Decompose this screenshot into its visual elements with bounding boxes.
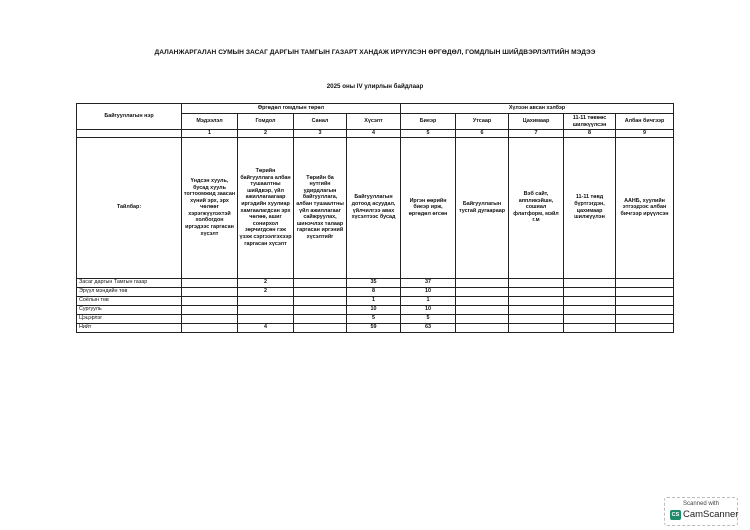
column-number: 4 [347,130,401,138]
column-header: Санал [294,114,347,130]
value-cell [456,296,509,305]
value-cell [564,314,616,323]
column-number: 6 [456,130,509,138]
value-cell [616,287,674,296]
value-cell [564,278,616,287]
value-cell: 10 [401,305,456,314]
value-cell: 5 [347,314,401,323]
column-header: 11-11 төвөөс шилжүүлсэн [564,114,616,130]
column-description: Төрийн байгууллага албан тушаалтны шийдв… [238,137,294,278]
description-label: Тайлбар: [77,137,182,278]
value-cell: 4 [238,323,294,332]
value-cell [294,296,347,305]
column-description: ААНБ, хуулийн этгээдээс албан бичгээр ир… [616,137,674,278]
value-cell [238,296,294,305]
num-cell-empty [77,130,182,138]
value-cell: 5 [401,314,456,323]
column-header: Мэдээлэл [182,114,238,130]
value-cell [294,314,347,323]
column-description: Иргэн өөрийн биеэр ирж, өргөдөл өгсөн [401,137,456,278]
watermark-caption: Scanned with [665,501,737,507]
value-cell [182,323,238,332]
value-cell: 2 [238,278,294,287]
column-description: Үндсэн хууль, бусад хууль тогтоомжид заа… [182,137,238,278]
table-row: Цэцэрлэг55 [77,314,674,323]
column-header: Гомдол [238,114,294,130]
value-cell [182,305,238,314]
value-cell [616,305,674,314]
value-cell: 10 [347,305,401,314]
value-cell [509,314,564,323]
value-cell [456,323,509,332]
document-subtitle: 2025 оны IV улирлын байдлаар [0,83,750,90]
table-row: Сургууль1010 [77,305,674,314]
org-name-cell: Цэцэрлэг [77,314,182,323]
column-header: Албан бичгээр [616,114,674,130]
value-cell [509,287,564,296]
column-description: Төрийн ба нутгийн удирдлагын байгууллага… [294,137,347,278]
value-cell: 8 [347,287,401,296]
value-cell: 59 [347,323,401,332]
value-cell [616,323,674,332]
value-cell [294,323,347,332]
value-cell [456,287,509,296]
table-row: Эрүүл мэндийн төв2810 [77,287,674,296]
value-cell: 10 [401,287,456,296]
table-row: Соёлын төв11 [77,296,674,305]
value-cell [294,278,347,287]
value-cell [509,278,564,287]
receipt-channel-group-header: Хүлээн авсан хэлбэр [401,104,674,114]
column-number: 1 [182,130,238,138]
value-cell [456,278,509,287]
value-cell [564,287,616,296]
column-description: 11-11 төвд бүртгэгдэн, цахимаар шилжүүлэ… [564,137,616,278]
table-row: Нийт45963 [77,323,674,332]
org-name-cell: Сургууль [77,305,182,314]
value-cell [564,305,616,314]
value-cell [509,305,564,314]
org-name-cell: Нийт [77,323,182,332]
value-cell [564,296,616,305]
value-cell [616,278,674,287]
value-cell [509,323,564,332]
org-name-cell: Соёлын төв [77,296,182,305]
column-header: Хүсэлт [347,114,401,130]
column-header: Утсаар [456,114,509,130]
column-description: Байгууллагын тусгай дугаараар [456,137,509,278]
column-number: 9 [616,130,674,138]
value-cell [564,323,616,332]
watermark-brand-name: CamScanner [683,509,738,520]
value-cell [182,278,238,287]
column-number: 7 [509,130,564,138]
value-cell: 35 [347,278,401,287]
value-cell: 2 [238,287,294,296]
value-cell [616,296,674,305]
value-cell [509,296,564,305]
value-cell: 1 [347,296,401,305]
value-cell [182,296,238,305]
document-title: ДАЛАНЖАРГАЛАН СУМЫН ЗАСАГ ДАРГЫН ТАМГЫН … [0,49,750,56]
value-cell: 1 [401,296,456,305]
column-header: Цахимаар [509,114,564,130]
value-cell: 37 [401,278,456,287]
column-number: 3 [294,130,347,138]
camscanner-logo-icon: CS [670,510,681,520]
value-cell [182,314,238,323]
watermark-brand: CS CamScanner [670,509,738,520]
value-cell: 63 [401,323,456,332]
org-name-cell: Засаг даргын Тамгын газар [77,278,182,287]
column-number: 2 [238,130,294,138]
value-cell [238,305,294,314]
table-row: Засаг даргын Тамгын газар23537 [77,278,674,287]
column-header: Биеэр [401,114,456,130]
value-cell [616,314,674,323]
column-description: Байгууллагын дотоод асуудал, үйлчилгээ а… [347,137,401,278]
value-cell [294,287,347,296]
column-number: 5 [401,130,456,138]
value-cell [456,314,509,323]
complaint-type-group-header: Өргөдөл гомдлын төрөл [182,104,401,114]
column-number: 8 [564,130,616,138]
column-description: Вэб сайт, аппликэйшн, сошиал флатформ, м… [509,137,564,278]
value-cell [182,287,238,296]
org-name-cell: Эрүүл мэндийн төв [77,287,182,296]
value-cell [294,305,347,314]
value-cell [456,305,509,314]
org-name-header: Байгууллагын нэр [77,104,182,130]
report-table: Байгууллагын нэр Өргөдөл гомдлын төрөл Х… [76,103,674,333]
camscanner-watermark: Scanned with CS CamScanner [664,497,738,526]
value-cell [238,314,294,323]
